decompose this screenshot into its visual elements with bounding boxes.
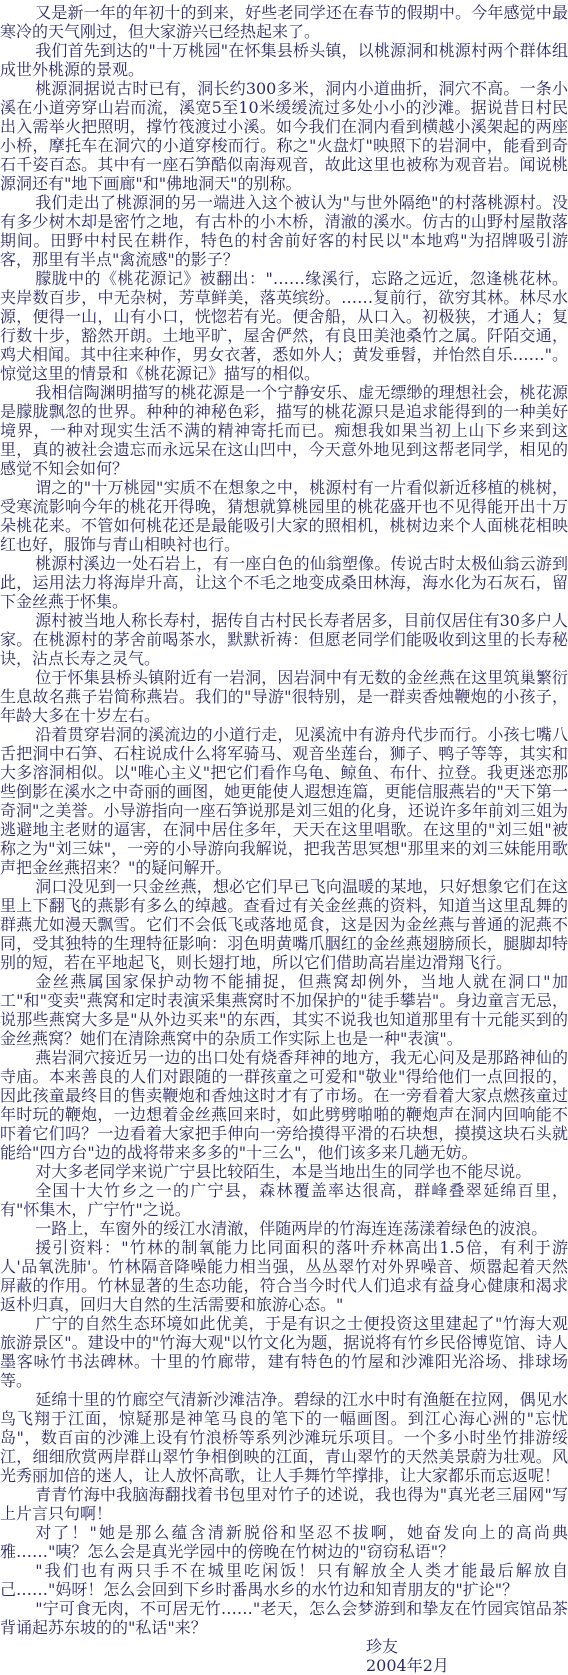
paragraph: 沿着贯穿岩洞的溪流边的小道行走，见溪流中有游舟代步而行。小孩七嘴八舌把洞中石笋、…	[0, 725, 568, 877]
paragraph: 桃源村溪边一处石岩上，有一座白色的仙翁塑像。传说古时太极仙翁云游到此，运用法力将…	[0, 554, 568, 611]
paragraph: "宁可食无肉，不可居无竹……"老天，怎么会梦游到和挚友在竹园宾馆品茶背诵起苏东坡…	[0, 1599, 568, 1637]
paragraph: 源村被当地人称长寿村，据传自古村民长寿者居多，目前仅居住有30多户人家。在桃源村…	[0, 611, 568, 668]
paragraph: 全国十大竹乡之一的广宁县，森林覆盖率达很高，群峰叠翠延绵百里，有"怀集木，广宁竹…	[0, 1181, 568, 1219]
paragraph: 谓之的"十万桃园"实质不在想象之中，桃源村有一片看似新近移植的桃树，受寒流影响今…	[0, 478, 568, 554]
paragraph: 对了！"她是那么蕴含清新脱俗和坚忍不拔啊，她奋发向上的高尚典雅……"咦？怎么会是…	[0, 1523, 568, 1561]
paragraph: 燕岩洞穴接近另一边的出口处有烧香拜神的地方，我无心问及是那路神仙的寺庙。本来善良…	[0, 1048, 568, 1162]
paragraph: 一路上，车窗外的绥江水清澈，伴随两岸的竹海连连荡漾着绿色的波浪。	[0, 1219, 568, 1238]
paragraph: 又是新一年的年初十的到来，好些老同学还在春节的假期中。今年感觉中最寒冷的天气刚过…	[0, 3, 568, 41]
paragraph: 广宁的自然生态环境如此优美，于是有识之士便投资这里建起了"竹海大观旅游景区"。建…	[0, 1314, 568, 1390]
paragraph: 延绵十里的竹廊空气清新沙滩洁净。碧绿的江水中时有渔艇在拉网，偶见水鸟飞翔于江面，…	[0, 1390, 568, 1485]
signature-date: 2004年2月	[366, 1656, 568, 1675]
paragraph: 我相信陶渊明描写的桃花源是一个宁静安乐、虚无缥缈的理想社会，桃花源是朦胧飘忽的世…	[0, 383, 568, 478]
paragraph: 援引资料："竹林的制氧能力比同面积的落叶乔林高出1.5倍，有利于游人'品氧洗肺'…	[0, 1238, 568, 1314]
paragraph: 位于怀集县桥头镇附近有一岩洞，因岩洞中有无数的金丝燕在这里筑巢繁衍生息故名燕子岩…	[0, 668, 568, 725]
paragraph: "我们也有两只手不在城里吃闲饭！只有解放全人类才能最后解放自己……"妈呀！怎么会…	[0, 1561, 568, 1599]
paragraph: 我们走出了桃源洞的另一端进入这个被认为"与世外隔绝"的村落桃源村。没有多少树木却…	[0, 193, 568, 269]
paragraph: 朦胧中的《桃花源记》被翻出："……缘溪行，忘路之远近，忽逢桃花林。夹岸数百步，中…	[0, 269, 568, 383]
signature-block: 珍友 2004年2月	[366, 1637, 568, 1675]
paragraph: 桃源洞据说古时已有，洞长约300多米，洞内小道曲折，洞穴不高。一条小溪在小道旁穿…	[0, 79, 568, 193]
paragraph: 青青竹海中我脑海翻找着书包里对竹子的述说，我也得为"真光老三届网"写上片言只句啊…	[0, 1485, 568, 1523]
paragraph: 对大多老同学来说广宁县比较陌生，本是当地出生的同学也不能尽说。	[0, 1162, 568, 1181]
paragraph: 我们首先到达的"十万桃园"在怀集县桥头镇，以桃源洞和桃源村两个群体组成世外桃源的…	[0, 41, 568, 79]
paragraph: 金丝燕属国家保护动物不能捕捉，但燕窝却例外，当地人就在洞口"加工"和"变卖"燕窝…	[0, 972, 568, 1048]
letter-document: 又是新一年的年初十的到来，好些老同学还在春节的假期中。今年感觉中最寒冷的天气刚过…	[0, 0, 568, 1675]
paragraph: 洞口没见到一只金丝燕，想必它们早已飞向温暖的某地，只好想象它们在这里上下翻飞的燕…	[0, 877, 568, 972]
signature-name: 珍友	[366, 1637, 568, 1656]
